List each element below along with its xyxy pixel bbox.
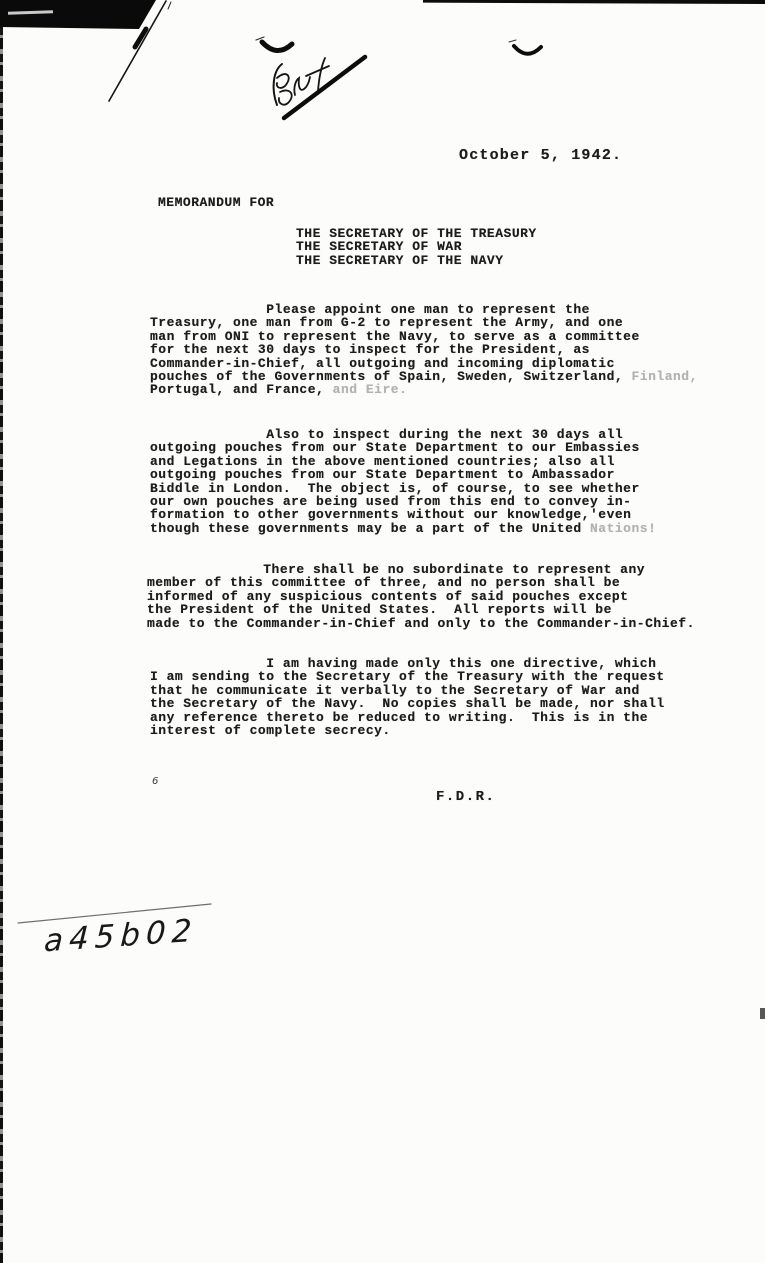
crescent-tail-mark (256, 37, 264, 40)
paragraph-text: Also to inspect during the next 30 days … (150, 427, 640, 536)
memo-paragraph-2: Also to inspect during the next 30 days … (150, 428, 656, 535)
memo-paragraph-3: There shall be no subordinate to represe… (147, 563, 695, 630)
pen-slash-blob (135, 29, 146, 47)
handwritten-scribble (294, 77, 310, 95)
handwritten-marks-layer (0, 0, 765, 1263)
memo-date: October 5, 1942. (459, 149, 622, 162)
scanned-memo-page: October 5, 1942. MEMORANDUM FOR THE SECR… (0, 0, 765, 1263)
handwritten-scribble (274, 64, 282, 105)
memo-paragraph-4: I am having made only this one directive… (150, 657, 665, 737)
scan-artifact-corner-black (0, 0, 160, 30)
handwritten-scribble (277, 74, 289, 88)
memo-heading: MEMORANDUM FOR (158, 196, 274, 209)
crescent-mark-right (514, 46, 541, 54)
faded-text: Nations! (590, 521, 656, 536)
crescent-mark-left (262, 42, 292, 51)
faded-text: and Eire. (333, 382, 408, 397)
paragraph-text: Portugal, and France, (150, 382, 333, 397)
memo-paragraph-1: Please appoint one man to represent the … (150, 303, 698, 397)
scan-artifact-right-edge-mark (760, 1008, 765, 1019)
scan-artifact-left-edge (0, 0, 3, 1263)
archive-code-annotation: a45b02 (43, 913, 198, 960)
handwritten-scribble (279, 90, 292, 104)
pen-tick-mark (168, 2, 171, 9)
faded-text: Finland, (631, 369, 697, 384)
bold-slash-mark (284, 57, 365, 118)
paragraph-text: Please appoint one man to represent the … (150, 302, 640, 384)
handwritten-scribble (318, 58, 325, 91)
scan-artifact-top-edge (423, 0, 765, 4)
memo-addressees: THE SECRETARY OF THE TREASURY THE SECRET… (296, 227, 537, 267)
signature-initials: F.D.R. (436, 791, 495, 804)
stray-small-mark: 6 (152, 776, 158, 787)
handwritten-scribble (306, 66, 329, 76)
crescent-tail-mark (509, 40, 516, 42)
